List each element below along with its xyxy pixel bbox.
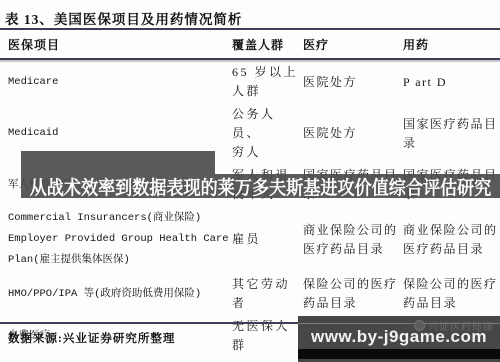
table-row: Commercial Insurancers(商业保险) Employer Pr… bbox=[8, 206, 500, 273]
cell-program: Medicaid bbox=[8, 123, 232, 144]
column-header-2: 医疗 bbox=[303, 36, 403, 53]
column-header-0: 医保项目 bbox=[8, 36, 232, 53]
cell-medical: 医院处方 bbox=[303, 124, 403, 143]
cell-drug: P art D bbox=[403, 73, 500, 92]
cell-program: Medicare bbox=[8, 72, 232, 93]
table-header-row: 医保项目覆盖人群医疗用药 bbox=[0, 30, 500, 58]
cell-covered-group: 其它劳动 者 bbox=[232, 275, 303, 313]
table-header-rule bbox=[0, 58, 500, 60]
cell-medical: 保险公司的医疗 药品目录 bbox=[303, 275, 403, 313]
column-header-3: 用药 bbox=[403, 36, 500, 53]
table-body: Medicare65 岁以上 人群医院处方P art DMedicaid公务人员… bbox=[0, 61, 500, 357]
cell-covered-group: 雇员 bbox=[232, 230, 303, 249]
cell-covered-group: 公务人员、 穷人 bbox=[232, 105, 303, 162]
cell-covered-group: 65 岁以上 人群 bbox=[232, 63, 303, 101]
cell-drug: 国家医疗药品目 录 bbox=[403, 115, 500, 153]
table-row: Medicare65 岁以上 人群医院处方P art D bbox=[8, 61, 500, 103]
cell-drug: 保险公司的医疗 药品目录 bbox=[403, 275, 500, 313]
source-note: 数据来源:兴业证券研究所整理 bbox=[8, 330, 175, 346]
table-title: 表 13、美国医保项目及用药情况简析 bbox=[5, 8, 242, 28]
watermark-black-strip bbox=[298, 349, 500, 359]
report-page: 表 13、美国医保项目及用药情况简析 医保项目覆盖人群医疗用药 Medicare… bbox=[0, 0, 500, 362]
table-row: HMO/PPO/IPA 等(政府资助低费用保险)其它劳动 者保险公司的医疗 药品… bbox=[8, 273, 500, 315]
cell-medical: 商业保险公司的 医疗药品目录 bbox=[303, 221, 403, 259]
overlay-banner-text: 从战术效率到数据表现的莱万多夫斯基进攻价值综合评估研究 bbox=[45, 174, 476, 198]
cell-program: HMO/PPO/IPA 等(政府资助低费用保险) bbox=[8, 284, 232, 305]
watermark-box: 兴证医药健康 www.by-j9game.com bbox=[298, 316, 500, 362]
cell-program: Commercial Insurancers(商业保险) Employer Pr… bbox=[8, 208, 232, 271]
watermark-url: www.by-j9game.com bbox=[298, 327, 500, 347]
cell-medical: 医院处方 bbox=[303, 73, 403, 92]
cell-drug: 商业保险公司的 医疗药品目录 bbox=[403, 221, 500, 259]
column-header-1: 覆盖人群 bbox=[232, 36, 303, 53]
